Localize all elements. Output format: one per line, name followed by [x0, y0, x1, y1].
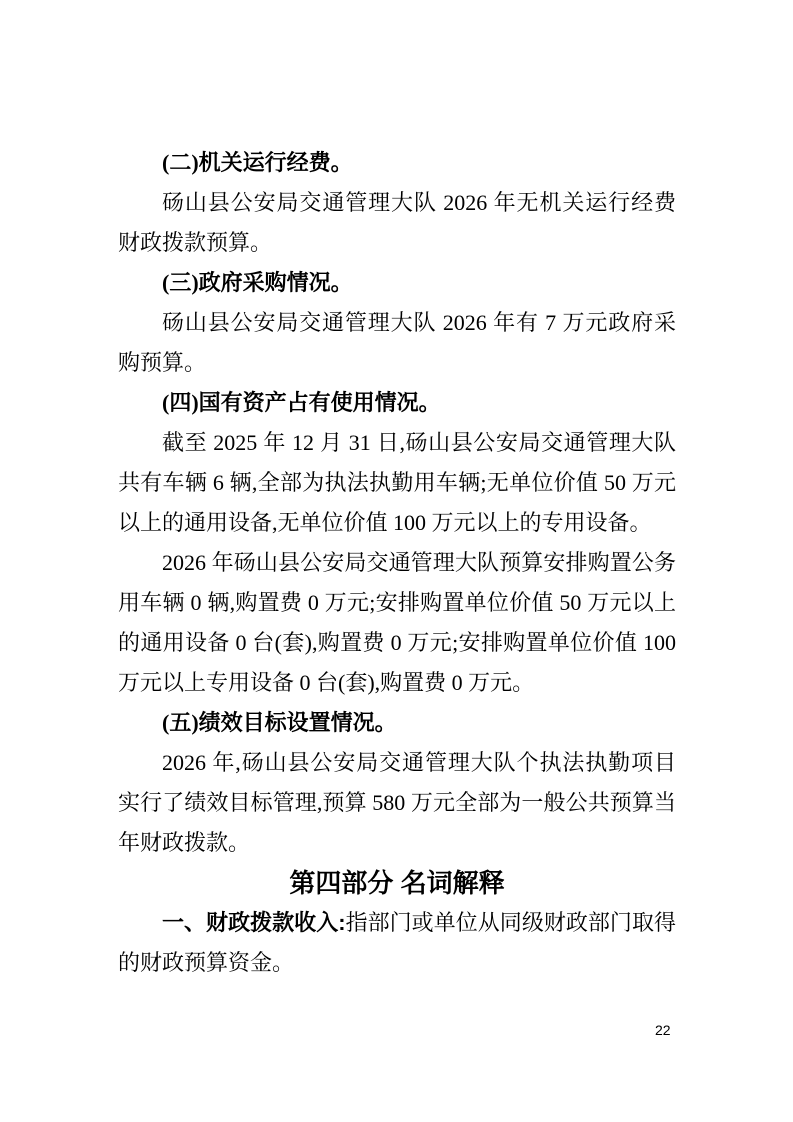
part-title: 第四部分 名词解释 — [118, 863, 676, 903]
section-4-paragraph-1: 截至 2025 年 12 月 31 日,砀山县公安局交通管理大队共有车辆 6 辆… — [118, 423, 676, 543]
definition-term-label: 一、财政拨款收入: — [162, 910, 346, 935]
section-4-paragraph-2: 2026 年砀山县公安局交通管理大队预算安排购置公务用车辆 0 辆,购置费 0 … — [118, 543, 676, 703]
page-number: 22 — [655, 1021, 671, 1039]
section-5-paragraph: 2026 年,砀山县公安局交通管理大队个执法执勤项目实行了绩效目标管理,预算 5… — [118, 743, 676, 863]
section-2-paragraph: 砀山县公安局交通管理大队 2026 年无机关运行经费财政拨款预算。 — [118, 183, 676, 263]
document-page: (二)机关运行经费。 砀山县公安局交通管理大队 2026 年无机关运行经费财政拨… — [0, 0, 793, 1122]
section-heading-3: (三)政府采购情况。 — [118, 263, 676, 303]
section-heading-2: (二)机关运行经费。 — [118, 143, 676, 183]
section-heading-4: (四)国有资产占有使用情况。 — [118, 383, 676, 423]
section-heading-5: (五)绩效目标设置情况。 — [118, 703, 676, 743]
definition-paragraph: 一、财政拨款收入:指部门或单位从同级财政部门取得的财政预算资金。 — [118, 903, 676, 983]
document-content: (二)机关运行经费。 砀山县公安局交通管理大队 2026 年无机关运行经费财政拨… — [118, 143, 676, 983]
section-3-paragraph: 砀山县公安局交通管理大队 2026 年有 7 万元政府采购预算。 — [118, 303, 676, 383]
